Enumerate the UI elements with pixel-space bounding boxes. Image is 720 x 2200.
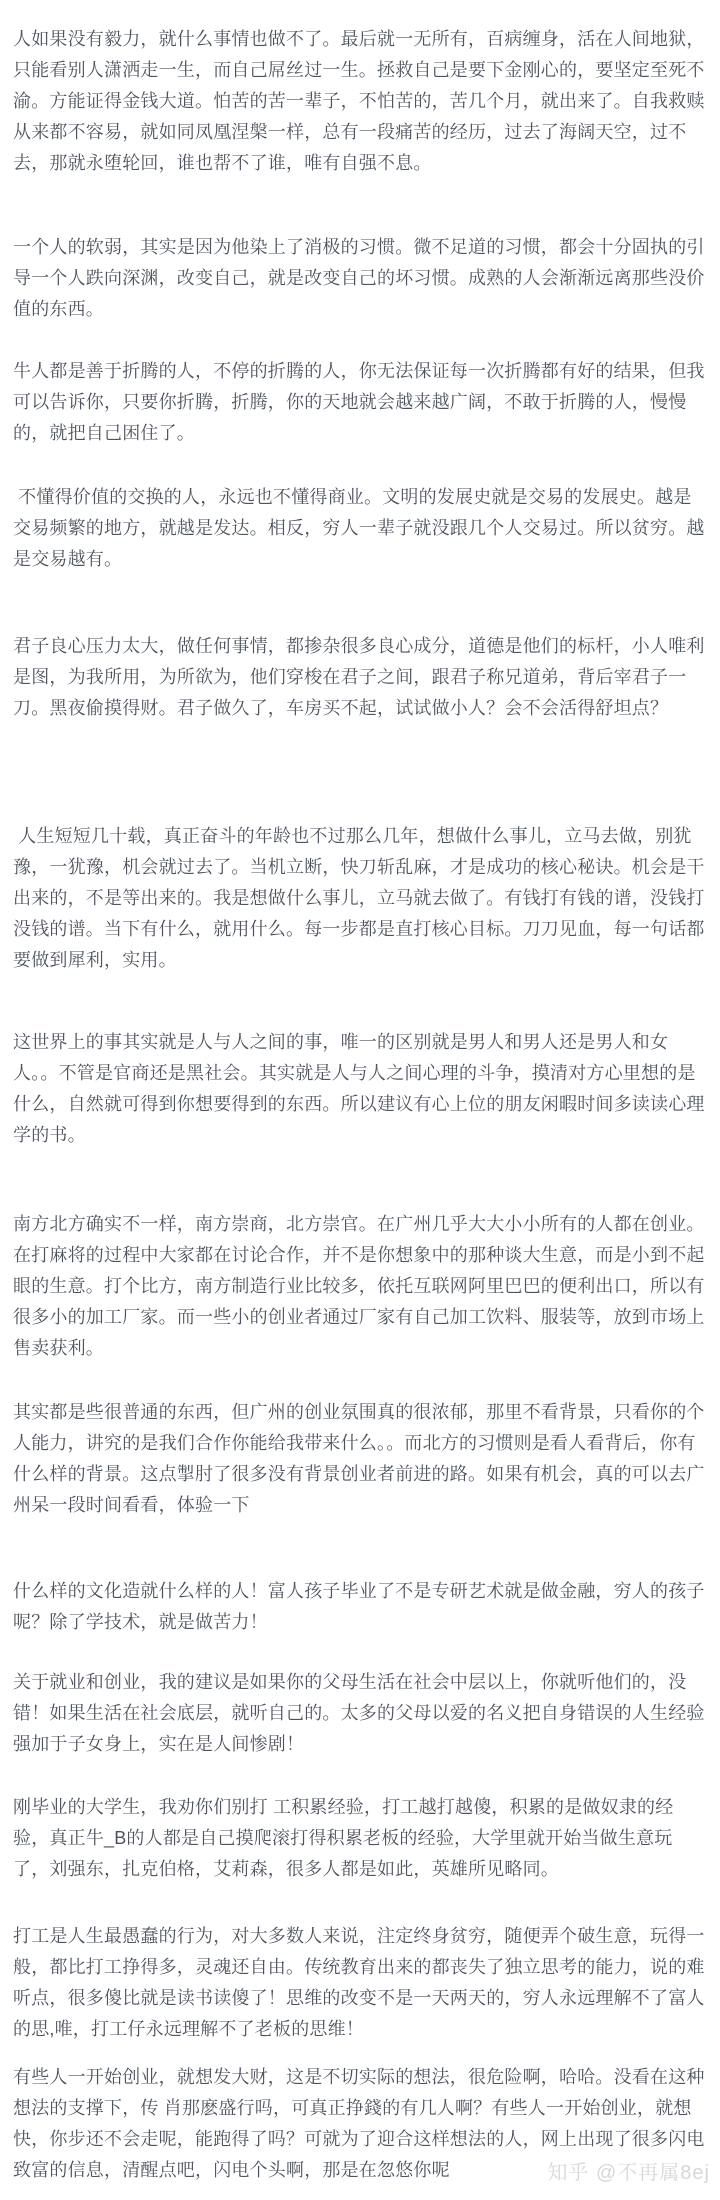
paragraph-4: 不懂得价值的交换的人，永远也不懂得商业。文明的发展史就是交易的发展史。越是交易频… (13, 482, 707, 575)
screenshot-root: { "page": { "background": "#ffffff", "te… (0, 0, 720, 2200)
article-body: 人如果没有毅力，就什么事情也做不了。最后就一无所有，百病缠身，活在人间地狱，只能… (0, 0, 720, 2186)
paragraph-1: 人如果没有毅力，就什么事情也做不了。最后就一无所有，百病缠身，活在人间地狱，只能… (13, 24, 707, 179)
paragraph-6: 人生短短几十载，真正奋斗的年龄也不过那么几年，想做什么事儿，立马去做，别犹豫，一… (13, 821, 707, 976)
paragraph-5: 君子良心压力太大，做任何事情，都掺杂很多良心成分，道德是他们的标杆，小人唯利是图… (13, 631, 707, 724)
paragraph-7: 这世界上的事其实就是人与人之间的事，唯一的区别就是男人和男人还是男人和女人。。不… (13, 1027, 707, 1151)
paragraph-10: 什么样的文化造就什么样的人！富人孩子毕业了不是专研艺术就是做金融，穷人的孩子呢？… (13, 1576, 707, 1638)
paragraph-2: 一个人的软弱，其实是因为他染上了消极的习惯。微不足道的习惯，都会十分固执的引导一… (13, 232, 707, 325)
paragraph-12: 刚毕业的大学生，我劝你们别打 工积累经验，打工越打越傻，积累的是做奴隶的经验，真… (13, 1792, 707, 1885)
paragraph-9: 其实都是些很普通的东西，但广州的创业氛围真的很浓郁，那里不看背景，只看你的个人能… (13, 1397, 707, 1521)
paragraph-13: 打工是人生最愚蠢的行为，对大多数人来说，注定终身贫穷，随便弄个破生意，玩得一般，… (13, 1921, 707, 2045)
zhihu-watermark: 知乎 @不再属8ej (547, 2156, 710, 2185)
paragraph-8: 南方北方确实不一样，南方崇商，北方崇官。在广州几乎大大小小所有的人都在创业。在打… (13, 1209, 707, 1364)
paragraph-3: 牛人都是善于折腾的人，不停的折腾的人，你无法保证每一次折腾都有好的结果，但我可以… (13, 356, 707, 449)
paragraph-11: 关于就业和创业，我的建议是如果你的父母生活在社会中层以上，你就听他们的，没错！如… (13, 1667, 707, 1760)
